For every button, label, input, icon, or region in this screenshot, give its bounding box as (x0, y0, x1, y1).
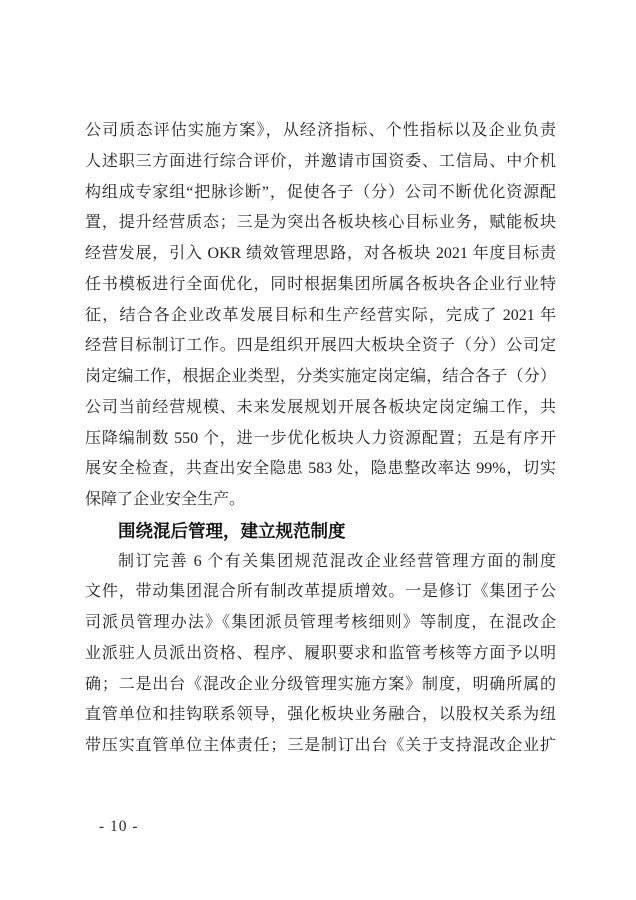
document-text: 公司质态评估实施方案》，从经济指标、个性指标以及企业负责人述职三方面进行综合评价… (85, 116, 556, 762)
text-line: 岗定编工作，根据企业类型，分类实施定岗定编，结合各子（分） (85, 362, 556, 393)
document-page: 公司质态评估实施方案》，从经济指标、个性指标以及企业负责人述职三方面进行综合评价… (0, 0, 636, 900)
text-line: 任书模板进行全面优化，同时根据集团所属各板块各企业行业特 (85, 270, 556, 301)
text-line: 征，结合各企业改革发展目标和生产经营实际，完成了 2021 年 (85, 301, 556, 332)
text-line: 直管单位和挂钩联系领导，强化板块业务融合，以股权关系为纽 (85, 700, 556, 731)
text-line: 构组成专家组“把脉诊断”，促使各子（分）公司不断优化资源配 (85, 178, 556, 209)
text-line: 司派员管理办法》《集团派员管理考核细则》等制度，在混改企 (85, 608, 556, 639)
text-line: 文件，带动集团混合所有制改革提质增效。一是修订《集团子公 (85, 577, 556, 608)
text-line: 展安全检查，共查出安全隐患 583 处，隐患整改率达 99%，切实 (85, 454, 556, 485)
text-line: 公司当前经营规模、未来发展规划开展各板块定岗定编工作，共 (85, 393, 556, 424)
text-line: 带压实直管单位主体责任；三是制订出台《关于支持混改企业扩 (85, 731, 556, 762)
page-number: - 10 - (99, 817, 139, 837)
text-line: 人述职三方面进行综合评价，并邀请市国资委、工信局、中介机 (85, 147, 556, 178)
section-heading: 围绕混后管理，建立规范制度 (85, 516, 556, 547)
text-line: 确；二是出台《混改企业分级管理实施方案》制度，明确所属的 (85, 670, 556, 701)
text-line: 经营目标制订工作。四是组织开展四大板块全资子（分）公司定 (85, 331, 556, 362)
text-line: 公司质态评估实施方案》，从经济指标、个性指标以及企业负责 (85, 116, 556, 147)
text-line: 经营发展，引入 OKR 绩效管理思路，对各板块 2021 年度目标责 (85, 239, 556, 270)
text-line: 保障了企业安全生产。 (85, 485, 556, 516)
text-line: 置，提升经营质态；三是为突出各板块核心目标业务，赋能板块 (85, 208, 556, 239)
text-line: 制订完善 6 个有关集团规范混改企业经营管理方面的制度 (85, 547, 556, 578)
text-line: 业派驻人员派出资格、程序、履职要求和监管考核等方面予以明 (85, 639, 556, 670)
text-line: 压降编制数 550 个，进一步优化板块人力资源配置；五是有序开 (85, 424, 556, 455)
